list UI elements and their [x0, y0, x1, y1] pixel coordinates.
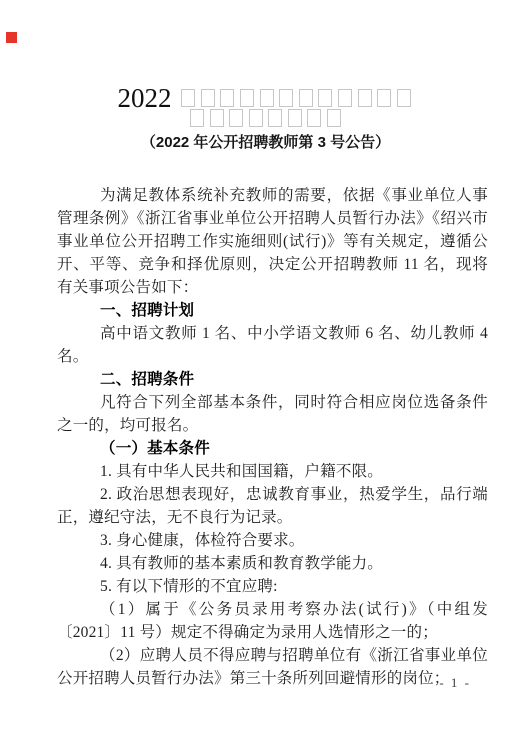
- missing-glyph-box: [181, 89, 195, 107]
- paragraph-plan-detail: 高中语文教师 1 名、中小学语文教师 6 名、幼儿教师 4 名。: [57, 322, 488, 368]
- missing-glyph-box: [201, 89, 215, 107]
- condition-item-5-sub-1: （1）属于《公务员录用考察办法(试行)》（中组发〔2021〕11 号）规定不得确…: [57, 598, 488, 644]
- missing-glyph-box: [397, 89, 411, 107]
- document-body: 为满足教体系统补充教师的需要，依据《事业单位人事管理条例》《浙江省事业单位公开招…: [57, 184, 488, 690]
- condition-item-5: 5. 有以下情形的不宜应聘:: [57, 575, 488, 598]
- missing-glyph-box: [210, 109, 224, 127]
- red-stamp-mark: [6, 32, 17, 43]
- subsection-heading-basic-conditions: （一）基本条件: [57, 437, 488, 460]
- missing-glyph-box: [288, 109, 302, 127]
- missing-glyph-box: [358, 89, 372, 107]
- missing-glyph-box: [240, 89, 254, 107]
- document-subtitle: （2022 年公开招聘教师第 3 号公告）: [0, 131, 531, 152]
- missing-glyph-box: [190, 109, 204, 127]
- missing-glyph-box: [249, 109, 263, 127]
- section-heading-recruitment-plan: 一、招聘计划: [57, 299, 488, 322]
- missing-glyph-box: [377, 89, 391, 107]
- missing-glyph-box: [220, 89, 234, 107]
- section-heading-recruitment-terms: 二、招聘条件: [57, 368, 488, 391]
- missing-glyph-box: [318, 89, 332, 107]
- document-title-line-2: [0, 109, 531, 133]
- condition-item-3: 3. 身心健康，体检符合要求。: [57, 529, 488, 552]
- missing-glyph-box: [279, 89, 293, 107]
- paragraph-terms-intro: 凡符合下列全部基本条件，同时符合相应岗位选备条件之一的，均可报名。: [57, 391, 488, 437]
- condition-item-2: 2. 政治思想表现好，忠诚教育事业，热爱学生，品行端正，遵纪守法，无不良行为记录…: [57, 483, 488, 529]
- paragraph-intro: 为满足教体系统补充教师的需要，依据《事业单位人事管理条例》《浙江省事业单位公开招…: [57, 184, 488, 299]
- missing-glyph-box: [299, 89, 313, 107]
- title-missing-glyph-boxes-2: [187, 114, 344, 131]
- condition-item-5-sub-2: （2）应聘人员不得应聘与招聘单位有《浙江省事业单位公开招聘人员暂行办法》第三十条…: [57, 644, 488, 690]
- document-title-line-1: 2022: [0, 83, 531, 109]
- condition-item-1: 1. 具有中华人民共和国国籍，户籍不限。: [57, 460, 488, 483]
- missing-glyph-box: [260, 89, 274, 107]
- missing-glyph-box: [268, 109, 282, 127]
- missing-glyph-box: [327, 109, 341, 127]
- condition-item-4: 4. 具有教师的基本素质和教育教学能力。: [57, 552, 488, 575]
- missing-glyph-box: [307, 109, 321, 127]
- document-page: 2022 （2022 年公开招聘教师第 3 号公告） 为满足教体系统补充教师的需…: [0, 0, 531, 751]
- missing-glyph-box: [229, 109, 243, 127]
- page-number: - 1 -: [439, 675, 471, 691]
- missing-glyph-box: [338, 89, 352, 107]
